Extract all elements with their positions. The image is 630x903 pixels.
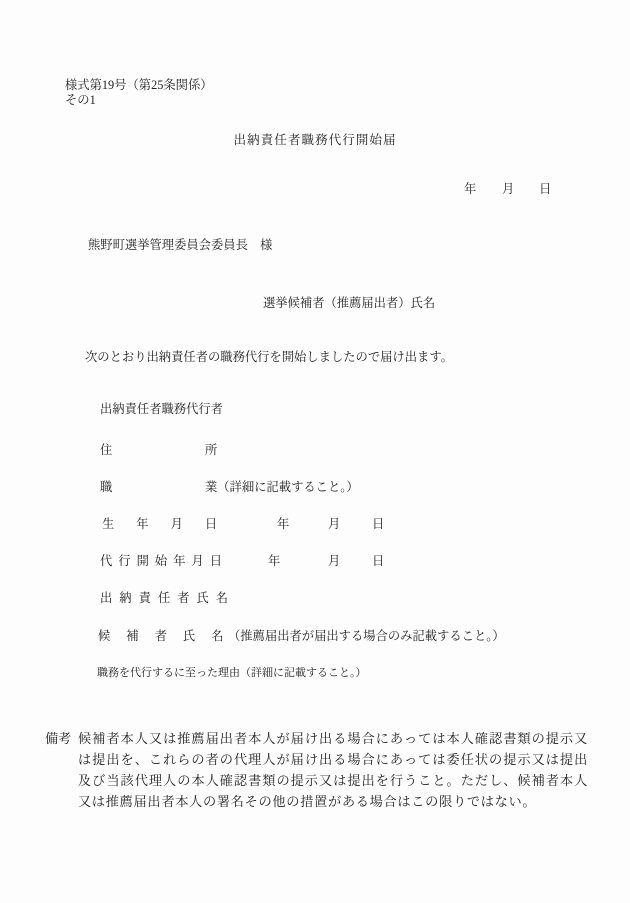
- field-occupation: 職 業（詳細に記載すること。）: [0, 477, 630, 495]
- address-label-right: 所: [205, 440, 217, 458]
- field-reason-label: 職務を代行するに至った理由（詳細に記載すること。）: [97, 664, 367, 680]
- remarks-body: 候補者本人又は推薦届出者本人が届け出る場合にあっては本人確認書類の提示又は提出を…: [78, 728, 588, 812]
- field-birth-date: 生年月日 年 月 日: [0, 514, 630, 532]
- birth-day-label: 日: [372, 514, 384, 532]
- occupation-label-left: 職: [100, 477, 112, 495]
- start-month-label: 月: [328, 551, 340, 569]
- start-day-label: 日: [372, 551, 384, 569]
- section-heading: 出納責任者職務代行者: [100, 402, 223, 417]
- candidate-name-label: 候補者氏名: [98, 626, 240, 644]
- field-start-date: 代行開始年月日 年 月 日: [0, 551, 630, 569]
- start-date-label: 代行開始年月日: [100, 551, 228, 569]
- date-line: 年 月 日: [0, 179, 630, 197]
- occupation-label-right: 業（詳細に記載すること。）: [205, 477, 359, 495]
- date-month-label: 月: [502, 179, 514, 197]
- form-number: 様式第19号（第25条関係）: [65, 78, 213, 93]
- birth-month-label: 月: [328, 514, 340, 532]
- addressee: 熊野町選挙管理委員会委員長 様: [88, 238, 272, 253]
- accountant-name-label: 出納責任者氏名: [100, 588, 235, 606]
- field-address: 住 所: [0, 440, 630, 458]
- date-day-label: 日: [539, 179, 551, 197]
- candidate-signature-label: 選挙候補者（推薦届出者）氏名: [263, 296, 435, 311]
- remarks-label: 備考: [45, 728, 71, 747]
- form-part: その1: [65, 93, 96, 108]
- start-year-label: 年: [268, 551, 280, 569]
- field-accountant-name: 出納責任者氏名: [0, 588, 630, 606]
- document-title: 出納責任者職務代行開始届: [0, 129, 630, 148]
- address-label-left: 住: [100, 440, 112, 458]
- birth-date-label: 生年月日: [102, 514, 239, 532]
- document-page: 様式第19号（第25条関係） その1 出納責任者職務代行開始届 年 月 日 熊野…: [0, 0, 630, 903]
- declaration-sentence: 次のとおり出納責任者の職務代行を開始しましたので届け出ます。: [85, 350, 453, 365]
- date-year-label: 年: [464, 179, 476, 197]
- candidate-name-note: （推薦届出者が届出する場合のみ記載すること。）: [228, 626, 505, 644]
- field-candidate-name: 候補者氏名 （推薦届出者が届出する場合のみ記載すること。）: [0, 626, 630, 644]
- birth-year-label: 年: [277, 514, 289, 532]
